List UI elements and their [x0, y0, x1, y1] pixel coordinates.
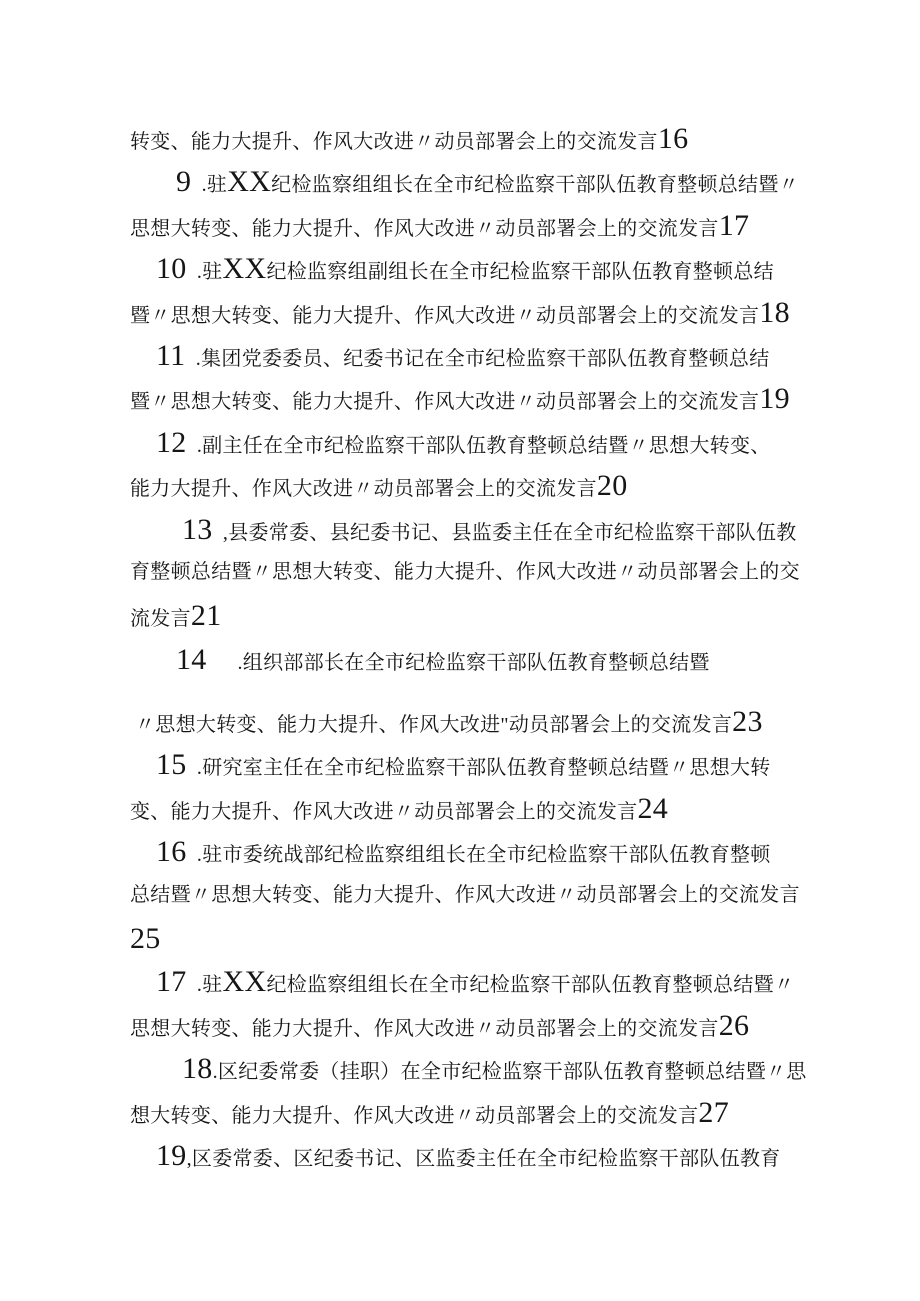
toc-line: 思想大转变、能力大提升、作风大改进〃动员部署会上的交流发言17 — [130, 204, 830, 247]
toc-line: 10 .驻XX纪检监察组副组长在全市纪检监察干部队伍教育整顿总结 — [130, 247, 830, 290]
toc-line: 18.区纪委常委（挂职）在全市纪检监察干部队伍教育整顿总结暨〃思 — [130, 1047, 830, 1090]
toc-line: 〃思想大转变、能力大提升、作风大改进"动员部署会上的交流发言23 — [130, 700, 830, 743]
toc-line: 14 .组织部部长在全市纪检监察干部队伍教育整顿总结暨 — [130, 638, 830, 681]
latin-run: 11 — [156, 339, 186, 372]
toc-line: 思想大转变、能力大提升、作风大改进〃动员部署会上的交流发言26 — [130, 1004, 830, 1047]
latin-run: 9 — [176, 165, 191, 198]
latin-run: 17 — [156, 965, 187, 998]
latin-run: 20 — [597, 469, 628, 502]
toc-line: 13 ,县委常委、县纪委书记、县监委主任在全市纪检监察干部队伍教 — [130, 508, 830, 551]
toc-text-block: 转变、能力大提升、作风大改进〃动员部署会上的交流发言169 .驻XX纪检监察组组… — [130, 117, 830, 1177]
latin-run: 27 — [698, 1096, 729, 1129]
toc-line: 想大转变、能力大提升、作风大改进〃动员部署会上的交流发言27 — [130, 1091, 830, 1134]
toc-line: 暨〃思想大转变、能力大提升、作风大改进〃动员部署会上的交流发言18 — [130, 291, 830, 334]
latin-run: 25 — [130, 922, 161, 955]
document-page: 转变、能力大提升、作风大改进〃动员部署会上的交流发言169 .驻XX纪检监察组组… — [0, 0, 920, 1301]
toc-line: 25 — [130, 917, 830, 960]
latin-run: 18 — [759, 296, 790, 329]
latin-run: 17 — [719, 209, 750, 242]
toc-line: 15 .研究室主任在全市纪检监察干部队伍教育整顿总结暨〃思想大转 — [130, 743, 830, 786]
toc-line: 12 .副主任在全市纪检监察干部队伍教育整顿总结暨〃思想大转变、 — [130, 421, 830, 464]
latin-run: 26 — [719, 1009, 750, 1042]
latin-run: 15 — [156, 748, 187, 781]
latin-run: 12 — [156, 426, 187, 459]
latin-run: 18 — [182, 1052, 213, 1085]
toc-line: 17 .驻XX纪检监察组组长在全市纪检监察干部队伍教育整顿总结暨〃 — [130, 960, 830, 1003]
toc-line: 16 .驻市委统战部纪检监察组组长在全市纪检监察干部队伍教育整顿 — [130, 830, 830, 873]
toc-line: 19,区委常委、区纪委书记、区监委主任在全市纪检监察干部队伍教育 — [130, 1134, 830, 1177]
toc-line: 转变、能力大提升、作风大改进〃动员部署会上的交流发言16 — [130, 117, 830, 160]
latin-run: 13 — [182, 513, 213, 546]
latin-run: 16 — [156, 835, 187, 868]
latin-run: 10 — [156, 252, 187, 285]
latin-run: 21 — [191, 599, 222, 632]
latin-run: 19 — [156, 1139, 187, 1172]
toc-line: 11 .集团党委委员、纪委书记在全市纪检监察干部队伍教育整顿总结 — [130, 334, 830, 377]
latin-run: 14 — [176, 643, 207, 676]
latin-run: XX — [223, 965, 267, 998]
toc-line: 流发言21 — [130, 594, 830, 637]
toc-line: 育整顿总结暨〃思想大转变、能力大提升、作风大改进〃动员部署会上的交 — [130, 551, 830, 594]
latin-run: 19 — [759, 382, 790, 415]
toc-line: 暨〃思想大转变、能力大提升、作风大改进〃动员部署会上的交流发言19 — [130, 377, 830, 420]
toc-line: 变、能力大提升、作风大改进〃动员部署会上的交流发言24 — [130, 787, 830, 830]
latin-run: XX — [223, 252, 267, 285]
toc-line: 9 .驻XX纪检监察组组长在全市纪检监察干部队伍教育整顿总结暨〃 — [130, 160, 830, 203]
latin-run: 24 — [638, 792, 669, 825]
latin-run: 16 — [658, 122, 689, 155]
latin-run: 23 — [732, 705, 763, 738]
toc-line: 能力大提升、作风大改进〃动员部署会上的交流发言20 — [130, 464, 830, 507]
toc-line: 总结暨〃思想大转变、能力大提升、作风大改进〃动员部署会上的交流发言 — [130, 874, 830, 917]
latin-run: XX — [227, 165, 271, 198]
